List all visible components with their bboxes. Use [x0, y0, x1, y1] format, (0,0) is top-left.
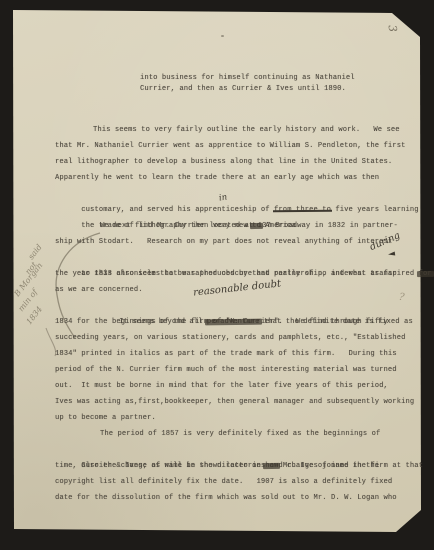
typed-line: to this chronicle that was produced by t…: [55, 250, 427, 266]
struck-text: how: [265, 462, 278, 470]
typed-line: Currier & Ives; as will be shown later o…: [55, 442, 427, 458]
typed-line: Apparently he went to learn the trade th…: [55, 170, 427, 186]
typed-line: copyright list all definitely fix the da…: [55, 474, 427, 490]
typed-body: This seems to very fairly outline the ea…: [55, 122, 427, 506]
typed-line: Ives was acting as,first,bookkeeper, the…: [55, 394, 427, 410]
typed-segment: five years learning: [331, 206, 419, 214]
typed-line: time, also the change of name in the dir…: [55, 458, 427, 474]
typed-line: customary, and served his apprenticeship…: [55, 186, 427, 202]
struck-text: from three to: [274, 206, 331, 214]
typed-line: the year 1833 also seems to be rather ob…: [55, 266, 427, 282]
typed-line: into business for himself continuing as …: [140, 73, 355, 84]
typed-line: out. It must be borne in mind that for t…: [55, 378, 427, 394]
typed-line: succeeding years, on various stationery,…: [55, 330, 427, 346]
typed-line: real lithographer to develop a business …: [55, 154, 427, 170]
typed-segment: customary, and served his apprenticeship…: [81, 206, 274, 214]
typed-line: period of the N. Currier firm much of th…: [55, 362, 427, 378]
struck-text: peradventure: [207, 318, 260, 326]
struck-text: for: [419, 270, 432, 278]
paper-speck: [221, 35, 224, 37]
typed-line: The period of 1857 is very definitely fi…: [55, 426, 427, 442]
struck-text: to: [252, 222, 261, 230]
typed-line: date for the dissolution of the firm whi…: [55, 490, 427, 506]
handwritten-correction: in: [218, 192, 228, 203]
typed-line: This seems to very fairly outline the ea…: [55, 122, 427, 138]
typed-line: 1834" printed in italics as part of the …: [55, 346, 427, 362]
typed-line: up to become a partner.: [55, 410, 427, 426]
quote-block: into business for himself continuing as …: [140, 73, 355, 94]
typed-line: that Mr. Nathaniel Currier went as appre…: [55, 138, 427, 154]
typed-line: It seems beyond all peradventure that th…: [55, 298, 427, 314]
typed-line: Currier, and then as Currier & Ives unti…: [140, 84, 355, 95]
photo-background: 3 into business for himself continuing a…: [0, 0, 434, 550]
typed-line: We next find Mr. Currier located at 137 …: [55, 218, 427, 234]
